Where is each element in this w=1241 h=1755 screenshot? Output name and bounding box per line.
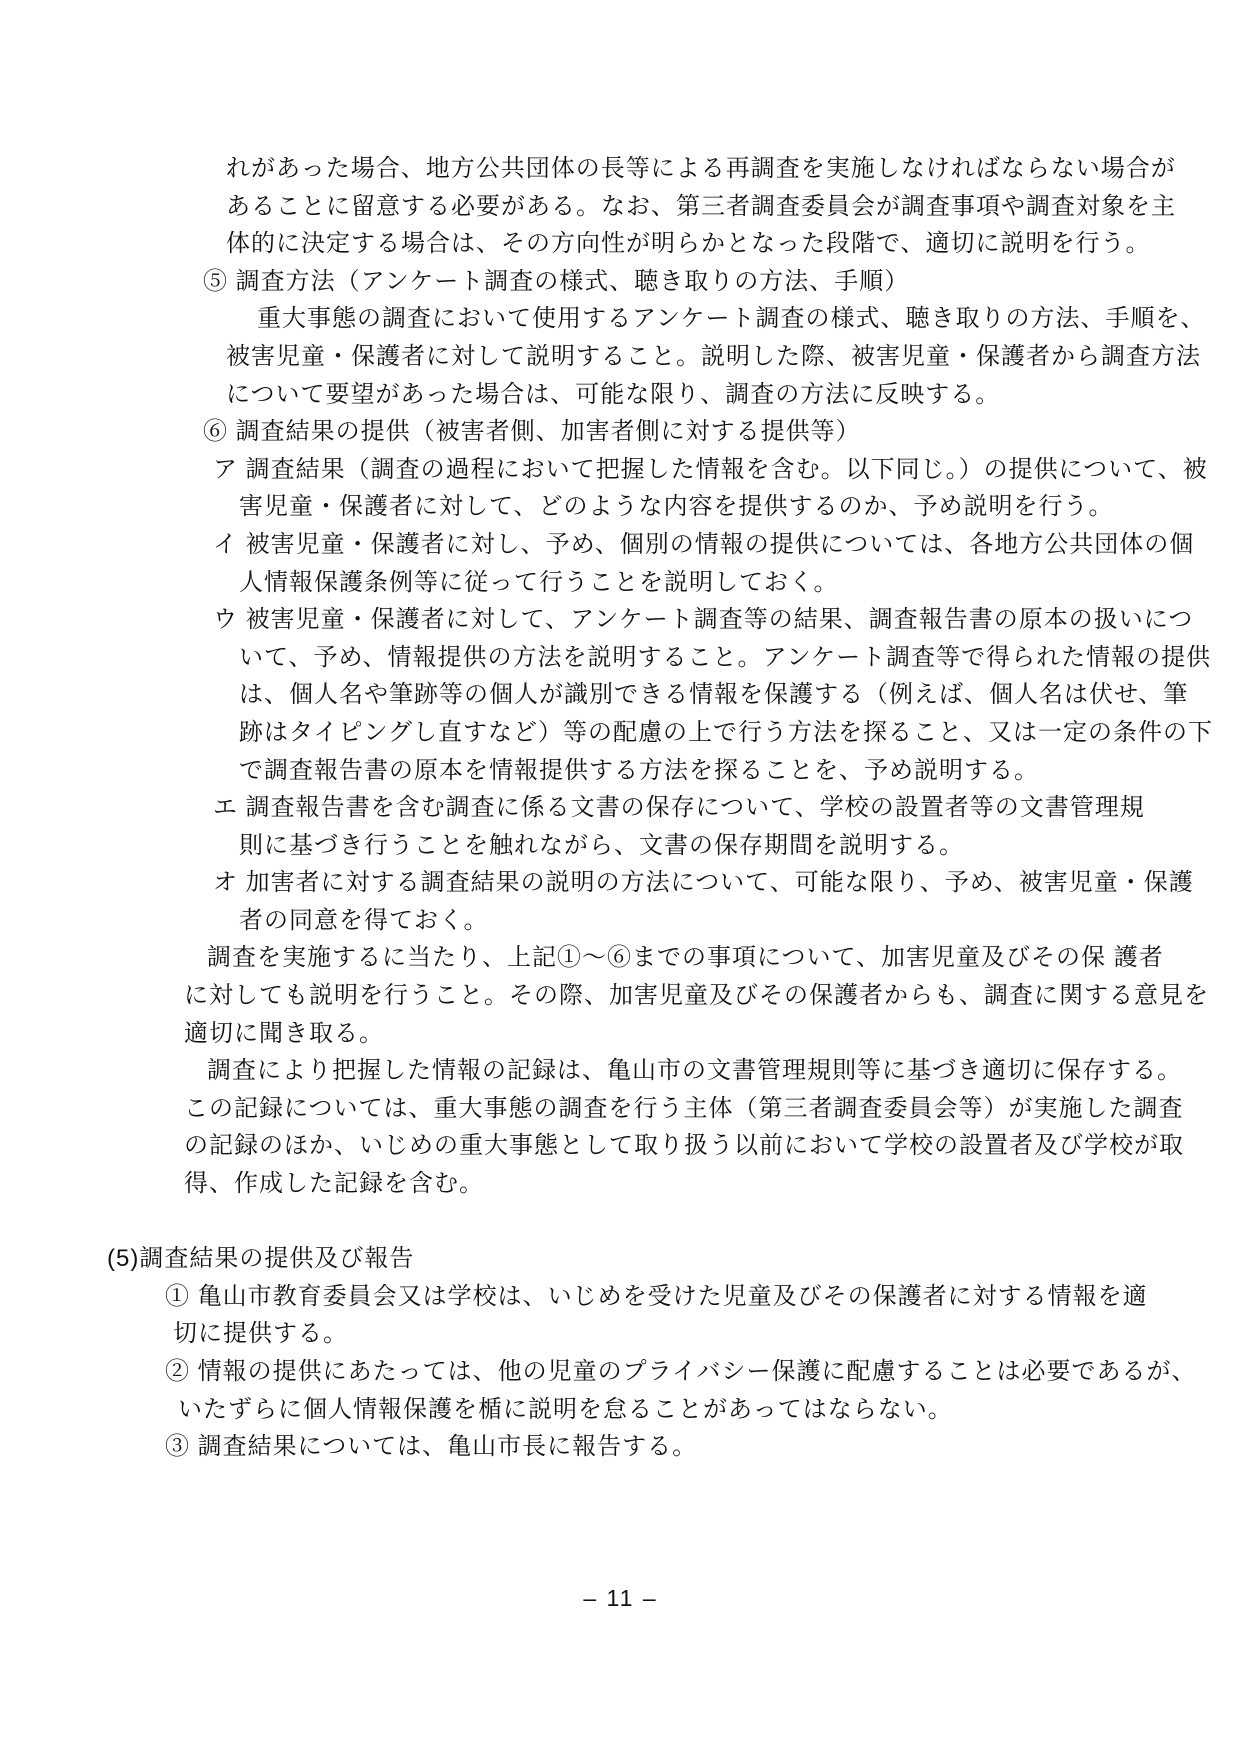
sub-item-u: ウ 被害児童・保護者に対して、アンケート調査等の結果、調査報告書の原本の扱いにつ: [0, 601, 1241, 639]
page-number: – 11 –: [0, 1583, 1241, 1613]
text-line: いたずらに個人情報保護を楯に説明を怠ることがあってはならない。: [0, 1391, 1241, 1429]
text-line: 重大事態の調査において使用するアンケート調査の様式、聴き取りの方法、手順を、: [0, 300, 1241, 338]
document-page: れがあった場合、地方公共団体の長等による再調査を実施しなければならない場合がある…: [0, 0, 1241, 1755]
text-line: あることに留意する必要がある。なお、第三者調査委員会が調査事項や調査対象を主: [0, 188, 1241, 226]
text-line: は、個人名や筆跡等の個人が識別できる情報を保護する（例えば、個人名は伏せ、筆: [0, 676, 1241, 714]
text-line: 害児童・保護者に対して、どのような内容を提供するのか、予め説明を行う。: [0, 488, 1241, 526]
text-line: 得、作成した記録を含む。: [0, 1165, 1241, 1203]
text-line: に対しても説明を行うこと。その際、加害児童及びその保護者からも、調査に関する意見…: [0, 977, 1241, 1015]
text-line: れがあった場合、地方公共団体の長等による再調査を実施しなければならない場合が: [0, 150, 1241, 188]
text-line: 人情報保護条例等に従って行うことを説明しておく。: [0, 564, 1241, 602]
sub-item-e: エ 調査報告書を含む調査に係る文書の保存について、学校の設置者等の文書管理規: [0, 789, 1241, 827]
list-item-6: ⑥ 調査結果の提供（被害者側、加害者側に対する提供等）: [0, 413, 1241, 451]
document-body: れがあった場合、地方公共団体の長等による再調査を実施しなければならない場合がある…: [0, 0, 1241, 1466]
list-item-2: ② 情報の提供にあたっては、他の児童のプライバシー保護に配慮することは必要である…: [0, 1353, 1241, 1391]
text-line: 適切に聞き取る。: [0, 1015, 1241, 1053]
text-line: 調査を実施するに当たり、上記①～⑥までの事項について、加害児童及びその保 護者: [0, 939, 1241, 977]
text-line: この記録については、重大事態の調査を行う主体（第三者調査委員会等）が実施した調査: [0, 1090, 1241, 1128]
blank-line: [0, 1203, 1241, 1241]
text-line: いて、予め、情報提供の方法を説明すること。アンケート調査等で得られた情報の提供: [0, 639, 1241, 677]
sub-item-o: オ 加害者に対する調査結果の説明の方法について、可能な限り、予め、被害児童・保護: [0, 864, 1241, 902]
text-line: 調査により把握した情報の記録は、亀山市の文書管理規則等に基づき適切に保存する。: [0, 1052, 1241, 1090]
list-item-3: ③ 調査結果については、亀山市長に報告する。: [0, 1428, 1241, 1466]
list-item-1: ① 亀山市教育委員会又は学校は、いじめを受けた児童及びその保護者に対する情報を適: [0, 1278, 1241, 1316]
sub-item-i: イ 被害児童・保護者に対し、予め、個別の情報の提供については、各地方公共団体の個: [0, 526, 1241, 564]
text-line: で調査報告書の原本を情報提供する方法を探ることを、予め説明する。: [0, 752, 1241, 790]
sub-item-a: ア 調査結果（調査の過程において把握した情報を含む。以下同じ。）の提供について、…: [0, 451, 1241, 489]
text-line: 者の同意を得ておく。: [0, 902, 1241, 940]
text-line: の記録のほか、いじめの重大事態として取り扱う以前において学校の設置者及び学校が取: [0, 1127, 1241, 1165]
text-line: 被害児童・保護者に対して説明すること。説明した際、被害児童・保護者から調査方法: [0, 338, 1241, 376]
text-line: について要望があった場合は、可能な限り、調査の方法に反映する。: [0, 376, 1241, 414]
text-line: 切に提供する。: [0, 1315, 1241, 1353]
section-5-heading: (5)調査結果の提供及び報告: [0, 1240, 1241, 1278]
text-line: 跡はタイピングし直すなど）等の配慮の上で行う方法を探ること、又は一定の条件の下: [0, 714, 1241, 752]
list-item-5: ⑤ 調査方法（アンケート調査の様式、聴き取りの方法、手順）: [0, 263, 1241, 301]
text-line: 体的に決定する場合は、その方向性が明らかとなった段階で、適切に説明を行う。: [0, 225, 1241, 263]
text-line: 則に基づき行うことを触れながら、文書の保存期間を説明する。: [0, 827, 1241, 865]
